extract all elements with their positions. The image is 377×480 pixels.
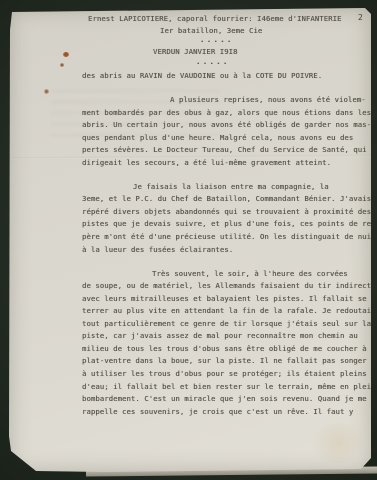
typed-line: pistes que je devais suivre, et plus d'u… xyxy=(82,218,374,231)
discoloration-stain xyxy=(309,423,369,463)
typed-line: répéré divers objets abandonnés qui se t… xyxy=(82,206,374,219)
foxing-stain xyxy=(60,63,64,67)
paragraph: des abris au RAVIN de VAUDOINE ou à la C… xyxy=(82,70,374,83)
foxing-stain xyxy=(63,52,69,57)
typed-line: tout particulièrement ce genre de tir lo… xyxy=(82,318,374,331)
typed-line: pertes sévères. Le Docteur Tureau, Chef … xyxy=(82,144,374,157)
typed-line: des abris au RAVIN de VAUDOINE ou à la C… xyxy=(82,70,374,83)
paragraph: A plusieurs reprises, nous avons été vio… xyxy=(82,94,374,169)
paragraph: Je faisais la liaison entre ma compagnie… xyxy=(82,181,374,256)
page-number: 2 xyxy=(358,13,363,22)
author-attribution-line2: Ier bataillon, 3eme Cie xyxy=(160,26,262,35)
dotted-separator-top: ..... xyxy=(200,35,234,44)
typed-line: à la lueur des fusées éclairantes. xyxy=(82,244,374,257)
typed-line: de soupe, ou de matériel, les Allemands … xyxy=(82,280,374,293)
paragraph: Très souvent, le soir, à l'heure des cor… xyxy=(82,268,374,419)
foxing-stain xyxy=(44,89,49,94)
typed-line: A plusieurs reprises, nous avons été vio… xyxy=(170,94,374,107)
letter-body: des abris au RAVIN de VAUDOINE ou à la C… xyxy=(82,70,374,418)
typewritten-page: 2 Ernest LAPICOTIERE, caporal fourrier: … xyxy=(9,8,371,472)
typed-line: ment bombardés par des obus à gaz, alors… xyxy=(82,107,374,120)
typed-line: terrer au plus vite en attendant la fin … xyxy=(82,305,374,318)
typed-line: père m'ont été d'une précieuse utilité. … xyxy=(82,231,374,244)
typed-line: ques pendant plus d'une heure. Malgré ce… xyxy=(82,132,374,145)
typed-line: rappelle ces souvenirs, je crois que c'e… xyxy=(82,406,374,419)
typed-line: à utiliser les trous d'obus pour se prot… xyxy=(82,368,374,381)
typed-line: milieu de tous les trous d'obus sans êtr… xyxy=(82,343,374,356)
typed-line: abris. Un certain jour, nous avons été o… xyxy=(82,119,374,132)
typed-line: Très souvent, le soir, à l'heure des cor… xyxy=(152,268,374,281)
author-attribution-line1: Ernest LAPICOTIERE, caporal fourrier: I4… xyxy=(88,14,342,23)
page-title: VERDUN JANVIER I9I8 xyxy=(153,47,238,56)
scanned-letter-photo: 2 Ernest LAPICOTIERE, caporal fourrier: … xyxy=(0,0,377,480)
typed-line: 3eme, et le P.C. du Chef de Bataillon, C… xyxy=(82,193,374,206)
typed-line: avec leurs mitrailleuses et balayaient l… xyxy=(82,293,374,306)
typed-line: dirigeait les secours, a été lui-même gr… xyxy=(82,157,374,170)
typed-line: piste, car j'avais assez de mal pour rec… xyxy=(82,330,374,343)
dotted-separator-bottom: ..... xyxy=(196,57,230,66)
typed-line: bombardement. C'est un miracle que j'en … xyxy=(82,393,374,406)
typed-line: d'eau; il fallait bel et bien rester sur… xyxy=(82,381,374,394)
typed-line: plat-ventre dans la boue, sur la piste. … xyxy=(82,355,374,368)
typed-line: Je faisais la liaison entre ma compagnie… xyxy=(133,181,374,194)
